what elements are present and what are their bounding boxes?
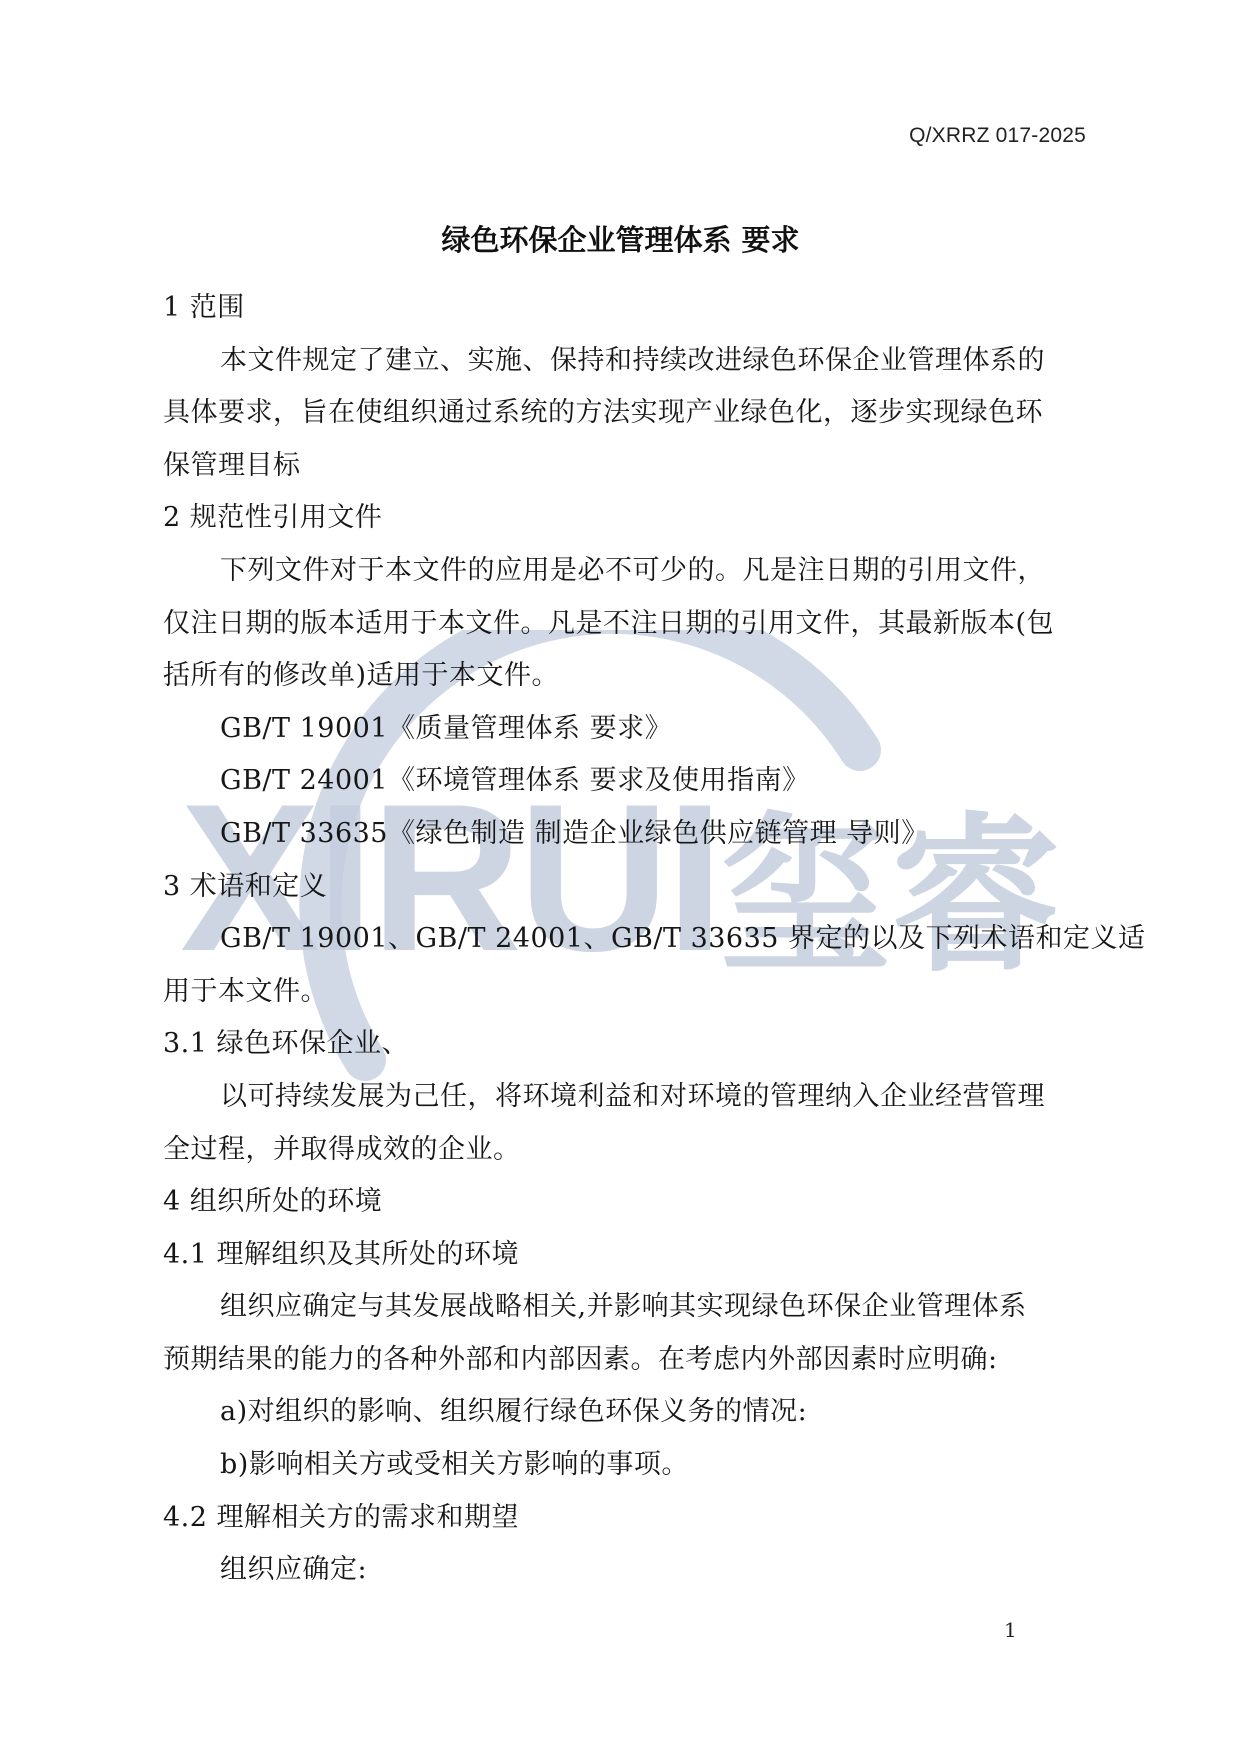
section-heading: 2 规范性引用文件 [163,492,1093,545]
paragraph-line: a)对组织的影响、组织履行绿色环保义务的情况: [163,1386,1093,1439]
section-heading: 3 术语和定义 [163,861,1093,914]
document-title: 绿色环保企业管理体系 要求 [0,218,1241,259]
paragraph-line: 组织应确定与其发展战略相关,并影响其实现绿色环保企业管理体系 [163,1281,1093,1334]
paragraph-line: 全过程，并取得成效的企业。 [163,1124,1093,1177]
paragraph-line: GB/T 24001《环境管理体系 要求及使用指南》 [163,755,1093,808]
paragraph-line: GB/T 33635《绿色制造 制造企业绿色供应链管理 导则》 [163,808,1093,861]
paragraph-line: 预期结果的能力的各种外部和内部因素。在考虑内外部因素时应明确: [163,1334,1093,1387]
paragraph-line: GB/T 19001、GB/T 24001、GB/T 33635 界定的以及下列… [163,913,1093,966]
paragraph-line: 以可持续发展为己任，将环境利益和对环境的管理纳入企业经营管理 [163,1071,1093,1124]
page-number: 1 [1004,1618,1017,1642]
section-heading: 4.1 理解组织及其所处的环境 [163,1229,1093,1282]
paragraph-line: 本文件规定了建立、实施、保持和持续改进绿色环保企业管理体系的 [163,335,1093,388]
paragraph-line: b)影响相关方或受相关方影响的事项。 [163,1439,1093,1492]
section-heading: 4 组织所处的环境 [163,1176,1093,1229]
document-body: 1 范围本文件规定了建立、实施、保持和持续改进绿色环保企业管理体系的具体要求，旨… [163,282,1093,1597]
document-page: Q/XRRZ 017-2025 XIRUI 玺睿 绿色环保企业管理体系 要求 1… [0,0,1241,1754]
paragraph-line: 下列文件对于本文件的应用是必不可少的。凡是注日期的引用文件， [163,545,1093,598]
paragraph-line: 用于本文件。 [163,966,1093,1019]
section-heading: 1 范围 [163,282,1093,335]
paragraph-line: 括所有的修改单)适用于本文件。 [163,650,1093,703]
paragraph-line: 组织应确定: [163,1544,1093,1597]
paragraph-line: 具体要求，旨在使组织通过系统的方法实现产业绿色化，逐步实现绿色环 [163,387,1093,440]
document-code: Q/XRRZ 017-2025 [909,124,1086,148]
section-heading: 4.2 理解相关方的需求和期望 [163,1492,1093,1545]
paragraph-line: 仅注日期的版本适用于本文件。凡是不注日期的引用文件，其最新版本(包 [163,598,1093,651]
section-heading: 3.1 绿色环保企业、 [163,1018,1093,1071]
paragraph-line: 保管理目标 [163,440,1093,493]
paragraph-line: GB/T 19001《质量管理体系 要求》 [163,703,1093,756]
